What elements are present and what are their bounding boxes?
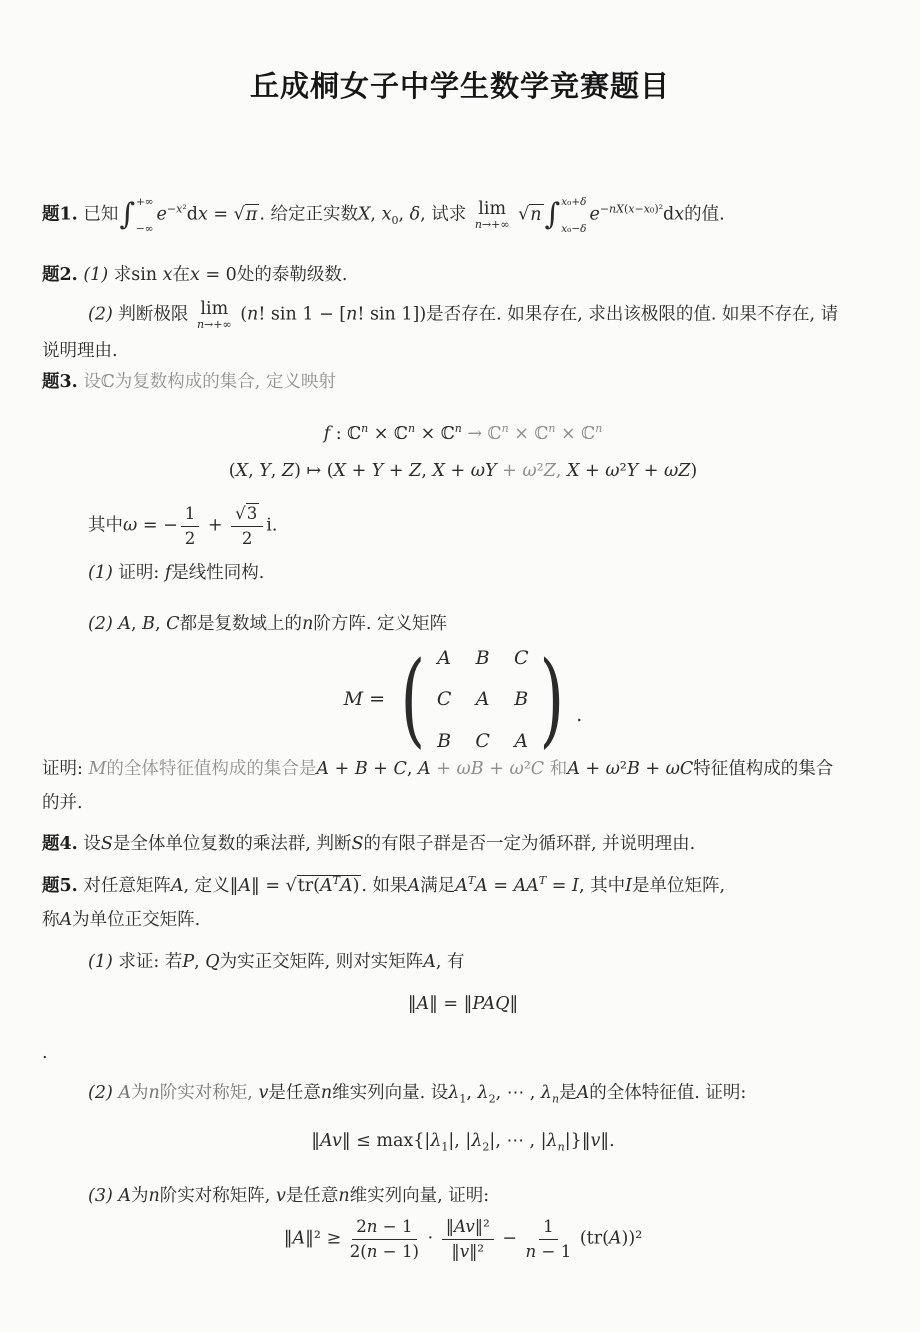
problem-3-intro: 题3. 设ℂ为复数构成的集合, 定义映射 [42, 369, 884, 396]
problem-3-claim-line2: 的并. [42, 790, 884, 817]
problem-5-eq3: ‖A‖² ≥ 2n − 12(n − 1) · ‖Av‖²‖v‖² − 1n −… [42, 1216, 884, 1262]
matrix-cell: B [475, 644, 490, 673]
problem-5-eq1: ‖A‖ = ‖PAQ‖ [42, 991, 884, 1018]
problem-2-text: 题2. (1) 求sin x在x = 0处的泰勒级数. [42, 262, 884, 289]
problem-3-part1: (1) 证明: f是线性同构. [88, 560, 884, 587]
problem-5-part2: (2) A为n阶实对称矩, v是任意n维实列向量. 设λ1, λ2, ⋯ , λ… [88, 1080, 884, 1108]
matrix-paren-left: ( [401, 657, 426, 744]
matrix-cell: A [437, 644, 452, 673]
matrix-paren-right: ) [540, 657, 565, 744]
problem-5-part3: (3) A为n阶实对称矩阵, v是任意n维实列向量, 证明: [88, 1183, 884, 1210]
matrix-cell: A [514, 727, 529, 756]
problem-5-eq2: ‖Av‖ ≤ max{|λ1|, |λ2|, ⋯ , |λn|}‖v‖. [42, 1128, 884, 1156]
problem-5-line1: 题5. 对任意矩阵A, 定义‖A‖ = √tr(ATA). 如果A满足ATA =… [42, 872, 884, 900]
matrix-cell: C [475, 727, 490, 756]
matrix-trailing-period: . [576, 701, 582, 756]
stray-period: . [42, 1040, 884, 1067]
problem-2-part2-cont: 说明理由. [42, 338, 884, 365]
problem-1-text: 题1. 已知∫+∞−∞e−x²dx = √π. 给定正实数X, x0, δ, 试… [42, 198, 884, 232]
problem-3-map-rule: (X, Y, Z) ↦ (X + Y + Z, X + ωY + ω²Z, X … [42, 458, 884, 485]
document-page: 丘成桐女子中学生数学竞赛题目 题1. 已知∫+∞−∞e−x²dx = √π. 给… [0, 0, 920, 1332]
matrix-name: M [344, 685, 363, 714]
problem-5-part1: (1) 求证: 若P, Q为实正交矩阵, 则对实矩阵A, 有 [88, 949, 884, 976]
problem-3-omega-def: 其中ω = −12 + √32i. [88, 503, 884, 549]
problem-5-line2: 称A为单位正交矩阵. [42, 907, 884, 934]
matrix-entries: A B C C A B B C A [433, 644, 533, 756]
problem-2-part2-text: (2) 判断极限 limn→+∞ (n! sin 1 − [n! sin 1])… [88, 300, 884, 330]
matrix-equals-sign: = [369, 685, 385, 714]
matrix-cell: C [437, 685, 452, 714]
problem-3-part2: (2) A, B, C都是复数域上的n阶方阵. 定义矩阵 [88, 611, 884, 638]
matrix-cell: C [514, 644, 529, 673]
problem-4-text: 题4. 设S是全体单位复数的乘法群, 判断S的有限子群是否一定为循环群, 并说明… [42, 831, 884, 858]
matrix-cell: A [475, 685, 490, 714]
problem-3-claim-line1: 证明: M的全体特征值构成的集合是A + B + C, A + ωB + ω²C… [42, 756, 884, 783]
problem-3-map-definition: f : ℂn × ℂn × ℂn → ℂn × ℂn × ℂn [42, 420, 884, 448]
matrix-cell: B [437, 727, 452, 756]
matrix-equation: M = ( A B C C A B B C A ) . [42, 644, 884, 756]
matrix-cell: B [514, 685, 529, 714]
document-title: 丘成桐女子中学生数学竞赛题目 [0, 64, 920, 105]
